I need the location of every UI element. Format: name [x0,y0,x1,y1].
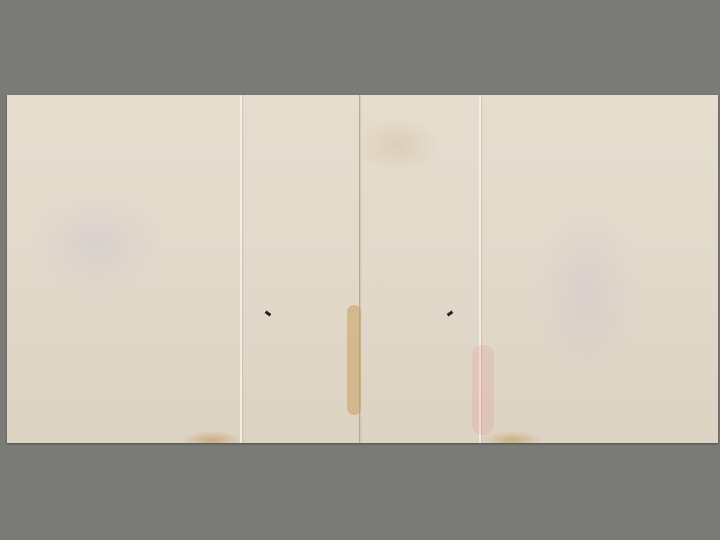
mark-right [447,311,454,317]
print-sheet [7,95,718,443]
pink-ink-bleed [472,345,494,435]
water-stain [347,305,361,415]
panel-seam-left [240,95,242,443]
mark-left [265,311,272,317]
